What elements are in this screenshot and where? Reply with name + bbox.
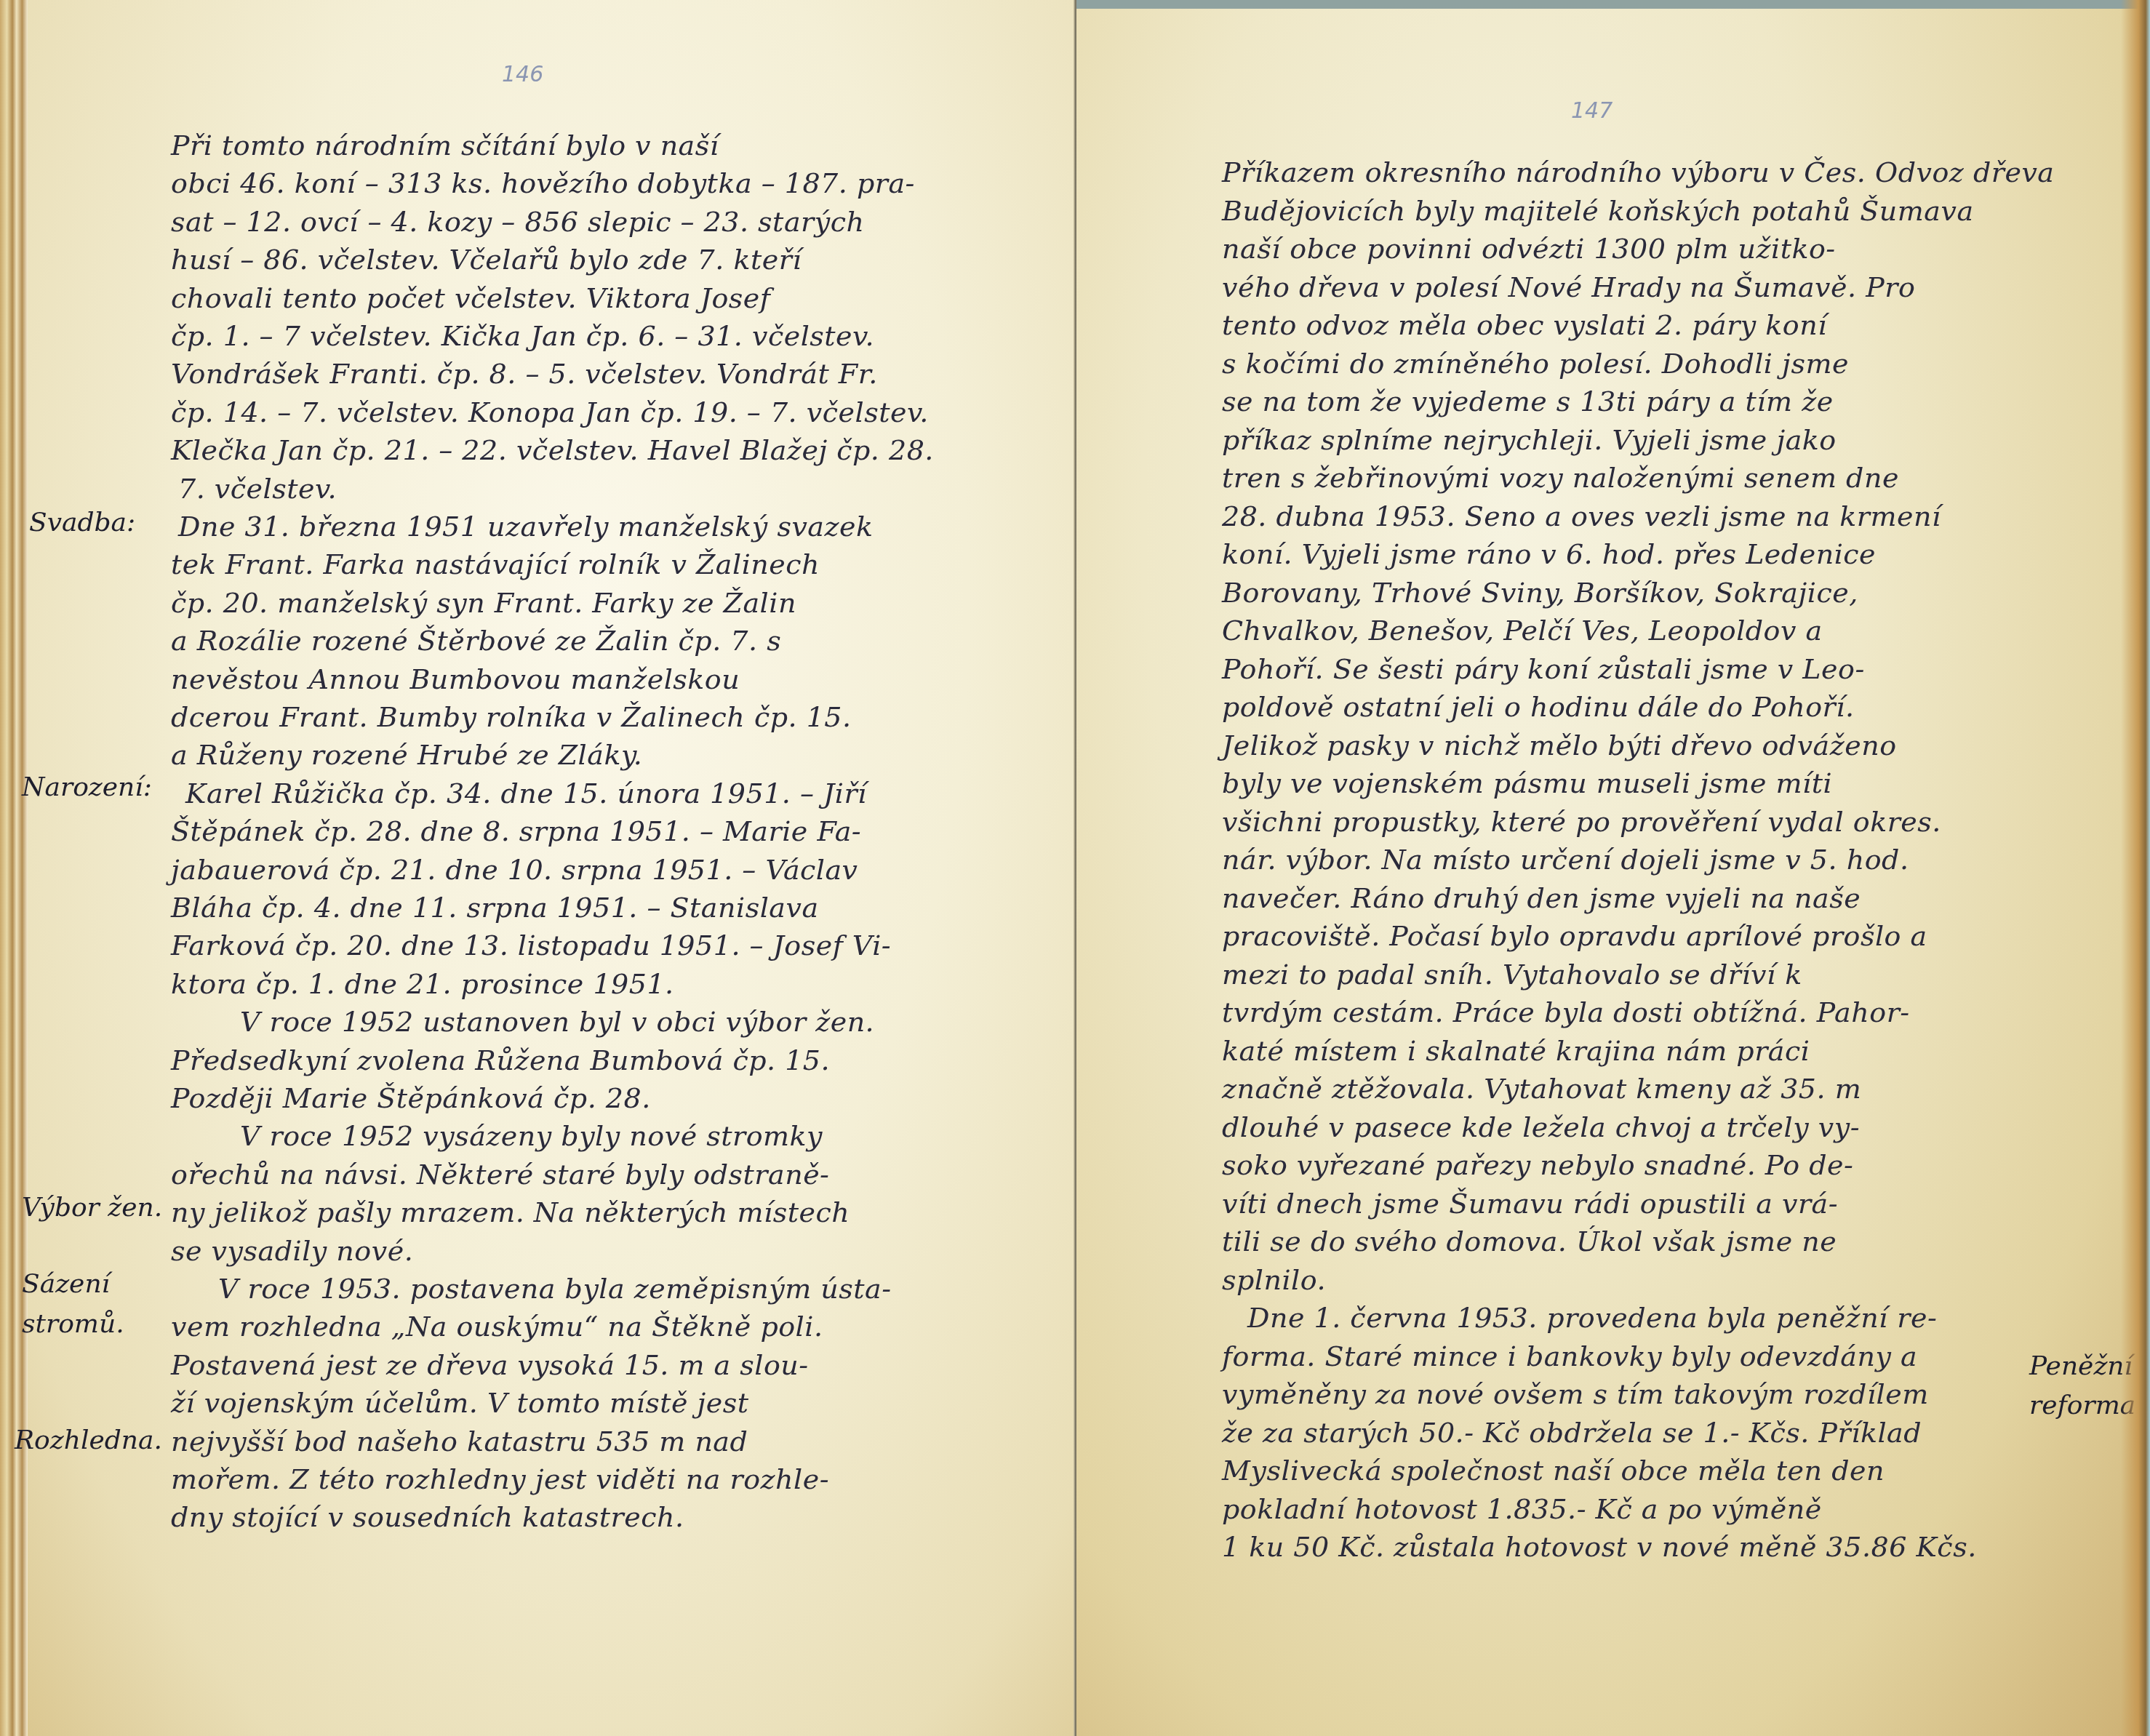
- margin-heading: stromů.: [22, 1309, 124, 1339]
- page-edge-right: [2121, 0, 2150, 1736]
- handwritten-line: Vondrášek Franti. čp. 8. – 5. včelstev. …: [171, 358, 878, 390]
- handwritten-line: tento odvoz měla obec vyslati 2. páry ko…: [1222, 309, 1827, 341]
- handwritten-line: chovali tento počet včelstev. Viktora Jo…: [171, 282, 770, 314]
- margin-heading: reforma: [2029, 1391, 2135, 1420]
- handwritten-line: všichni propustky, které po prověření vy…: [1222, 806, 1941, 838]
- handwritten-line: naší obce povinni odvézti 1300 plm užitk…: [1222, 233, 1836, 265]
- handwritten-line: pracoviště. Počasí bylo opravdu aprílové…: [1222, 920, 1927, 952]
- handwritten-line: tili se do svého domova. Úkol však jsme …: [1222, 1225, 1837, 1257]
- handwritten-line: že za starých 50.- Kč obdržela se 1.- Kč…: [1222, 1417, 1922, 1449]
- handwritten-line: V roce 1952 vysázeny byly nové stromky: [240, 1120, 823, 1152]
- handwritten-line: nejvyšší bod našeho katastru 535 m nad: [171, 1425, 748, 1457]
- handwritten-line: soko vyřezané pařezy nebylo snadné. Po d…: [1222, 1149, 1853, 1181]
- handwritten-line: příkaz splníme nejrychleji. Vyjeli jsme …: [1222, 424, 1837, 456]
- handwritten-line: čp. 14. – 7. včelstev. Konopa Jan čp. 19…: [171, 396, 929, 428]
- handwritten-line: Borovany, Trhové Sviny, Boršíkov, Sokraj…: [1222, 577, 1858, 609]
- background-strip: [1076, 0, 2150, 9]
- handwritten-line: Dne 31. března 1951 uzavřely manželský s…: [178, 511, 874, 543]
- handwritten-line: Později Marie Štěpánková čp. 28.: [171, 1082, 651, 1114]
- handwritten-line: tren s žebřinovými vozy naloženými senem…: [1222, 462, 1899, 494]
- handwritten-line: V roce 1952 ustanoven byl v obci výbor ž…: [240, 1006, 874, 1038]
- margin-heading: Rozhledna.: [15, 1425, 162, 1455]
- handwritten-line: Myslivecká společnost naší obce měla ten…: [1222, 1455, 1885, 1487]
- handwritten-line: a Rozálie rozené Štěrbové ze Žalin čp. 7…: [171, 625, 781, 657]
- handwritten-line: Štěpánek čp. 28. dne 8. srpna 1951. – Ma…: [171, 815, 861, 847]
- handwritten-line: se na tom že vyjedeme s 13ti páry a tím …: [1222, 385, 1834, 417]
- margin-heading: Narození:: [22, 772, 152, 802]
- handwritten-line: značně ztěžovala. Vytahovat kmeny až 35.…: [1222, 1073, 1861, 1105]
- handwritten-line: Při tomto národním sčítání bylo v naší: [171, 129, 719, 161]
- handwritten-line: čp. 1. – 7 včelstev. Kička Jan čp. 6. – …: [171, 320, 874, 352]
- handwritten-line: katé místem i skalnaté krajina nám práci: [1222, 1035, 1810, 1067]
- margin-heading: Výbor žen.: [22, 1193, 162, 1223]
- handwritten-line: čp. 20. manželský syn Frant. Farky ze Ža…: [171, 587, 796, 619]
- handwritten-line: dcerou Frant. Bumby rolníka v Žalinech č…: [171, 701, 852, 733]
- margin-heading: Svadba:: [29, 508, 135, 537]
- page-edge-stack: [0, 0, 28, 1736]
- handwritten-line: nár. výbor. Na místo určení dojeli jsme …: [1222, 844, 1909, 876]
- handwritten-line: obci 46. koní – 313 ks. hovězího dobytka…: [171, 167, 915, 199]
- handwritten-line: nevěstou Annou Bumbovou manželskou: [171, 663, 740, 695]
- handwritten-line: 28. dubna 1953. Seno a oves vezli jsme n…: [1222, 500, 1941, 532]
- handwritten-line: Bláha čp. 4. dne 11. srpna 1951. – Stani…: [171, 892, 819, 924]
- handwritten-line: vého dřeva v polesí Nové Hrady na Šumavě…: [1222, 271, 1915, 303]
- margin-heading: Sázení: [22, 1269, 110, 1299]
- handwritten-line: 7. včelstev.: [178, 473, 337, 505]
- handwritten-line: dny stojící v sousedních katastrech.: [171, 1501, 684, 1533]
- right-page: 147 Příkazem okresního národního výboru …: [1076, 0, 2150, 1736]
- handwritten-line: Dne 1. června 1953. provedena byla peněž…: [1247, 1302, 1937, 1334]
- handwritten-line: poldově ostatní jeli o hodinu dále do Po…: [1222, 691, 1854, 723]
- handwritten-line: forma. Staré mince i bankovky byly odevz…: [1222, 1340, 1917, 1372]
- handwritten-line: V roce 1953. postavena byla zeměpisným ú…: [218, 1273, 892, 1305]
- margin-heading: Peněžní: [2029, 1351, 2133, 1381]
- handwritten-line: sat – 12. ovcí – 4. kozy – 856 slepic – …: [171, 206, 864, 238]
- handwritten-line: mořem. Z této rozhledny jest viděti na r…: [171, 1463, 829, 1495]
- handwritten-line: dlouhé v pasece kde ležela chvoj a trčel…: [1222, 1111, 1860, 1143]
- left-page: 146 Při tomto národním sčítání bylo v na…: [0, 0, 1076, 1736]
- handwritten-line: ktora čp. 1. dne 21. prosince 1951.: [171, 968, 674, 1000]
- handwritten-line: vyměněny za nové ovšem s tím takovým roz…: [1222, 1378, 1929, 1410]
- handwritten-line: husí – 86. včelstev. Včelařů bylo zde 7.…: [171, 244, 802, 276]
- handwritten-line: a Růženy rozené Hrubé ze Zláky.: [171, 739, 642, 771]
- handwritten-line: Předsedkyní zvolena Růžena Bumbová čp. 1…: [171, 1044, 830, 1076]
- handwritten-line: s kočími do zmíněného polesí. Dohodli js…: [1222, 348, 1849, 380]
- handwritten-line: Farková čp. 20. dne 13. listopadu 1951. …: [171, 929, 891, 961]
- handwritten-line: Postavená jest ze dřeva vysoká 15. m a s…: [171, 1349, 809, 1381]
- open-book-spread: 146 Při tomto národním sčítání bylo v na…: [0, 0, 2150, 1736]
- handwritten-line: navečer. Ráno druhý den jsme vyjeli na n…: [1222, 882, 1861, 914]
- handwritten-line: Karel Růžička čp. 34. dne 15. února 1951…: [185, 777, 867, 809]
- handwritten-line: Chvalkov, Benešov, Pelčí Ves, Leopoldov …: [1222, 615, 1823, 647]
- handwritten-line: splnilo.: [1222, 1264, 1326, 1296]
- handwritten-line: 1 ku 50 Kč. zůstala hotovost v nové měně…: [1222, 1531, 1977, 1563]
- handwritten-line: pokladní hotovost 1.835.- Kč a po výměně: [1222, 1493, 1822, 1525]
- handwritten-line: víti dnech jsme Šumavu rádi opustili a v…: [1222, 1188, 1838, 1220]
- handwritten-line: mezi to padal sníh. Vytahovalo se dříví …: [1222, 959, 1802, 991]
- handwritten-line: vem rozhledna „Na ouskýmu“ na Štěkně pol…: [171, 1311, 823, 1343]
- handwritten-line: tek Frant. Farka nastávající rolník v Ža…: [171, 548, 820, 580]
- page-number-left: 146: [502, 62, 543, 87]
- handwritten-line: ží vojenským účelům. V tomto místě jest: [171, 1387, 749, 1419]
- handwritten-line: se vysadily nové.: [171, 1235, 413, 1267]
- handwritten-line: ořechů na návsi. Některé staré byly odst…: [171, 1159, 829, 1191]
- handwritten-line: Příkazem okresního národního výboru v Če…: [1222, 156, 2055, 188]
- handwritten-line: jabauerová čp. 21. dne 10. srpna 1951. –…: [171, 854, 858, 886]
- handwritten-line: Pohoří. Se šesti páry koní zůstali jsme …: [1222, 653, 1865, 685]
- handwritten-line: Jelikož pasky v nichž mělo býti dřevo od…: [1222, 729, 1897, 761]
- handwritten-line: byly ve vojenském pásmu museli jsme míti: [1222, 767, 1832, 799]
- handwritten-line: ny jelikož pašly mrazem. Na některých mí…: [171, 1196, 850, 1228]
- handwritten-line: koní. Vyjeli jsme ráno v 6. hod. přes Le…: [1222, 538, 1876, 570]
- handwritten-line: Klečka Jan čp. 21. – 22. včelstev. Havel…: [171, 434, 934, 466]
- handwritten-line: tvrdým cestám. Práce byla dosti obtížná.…: [1222, 996, 1910, 1028]
- handwritten-line: Budějovicích byly majitelé koňských pota…: [1222, 195, 1974, 227]
- page-number-right: 147: [1571, 98, 1612, 124]
